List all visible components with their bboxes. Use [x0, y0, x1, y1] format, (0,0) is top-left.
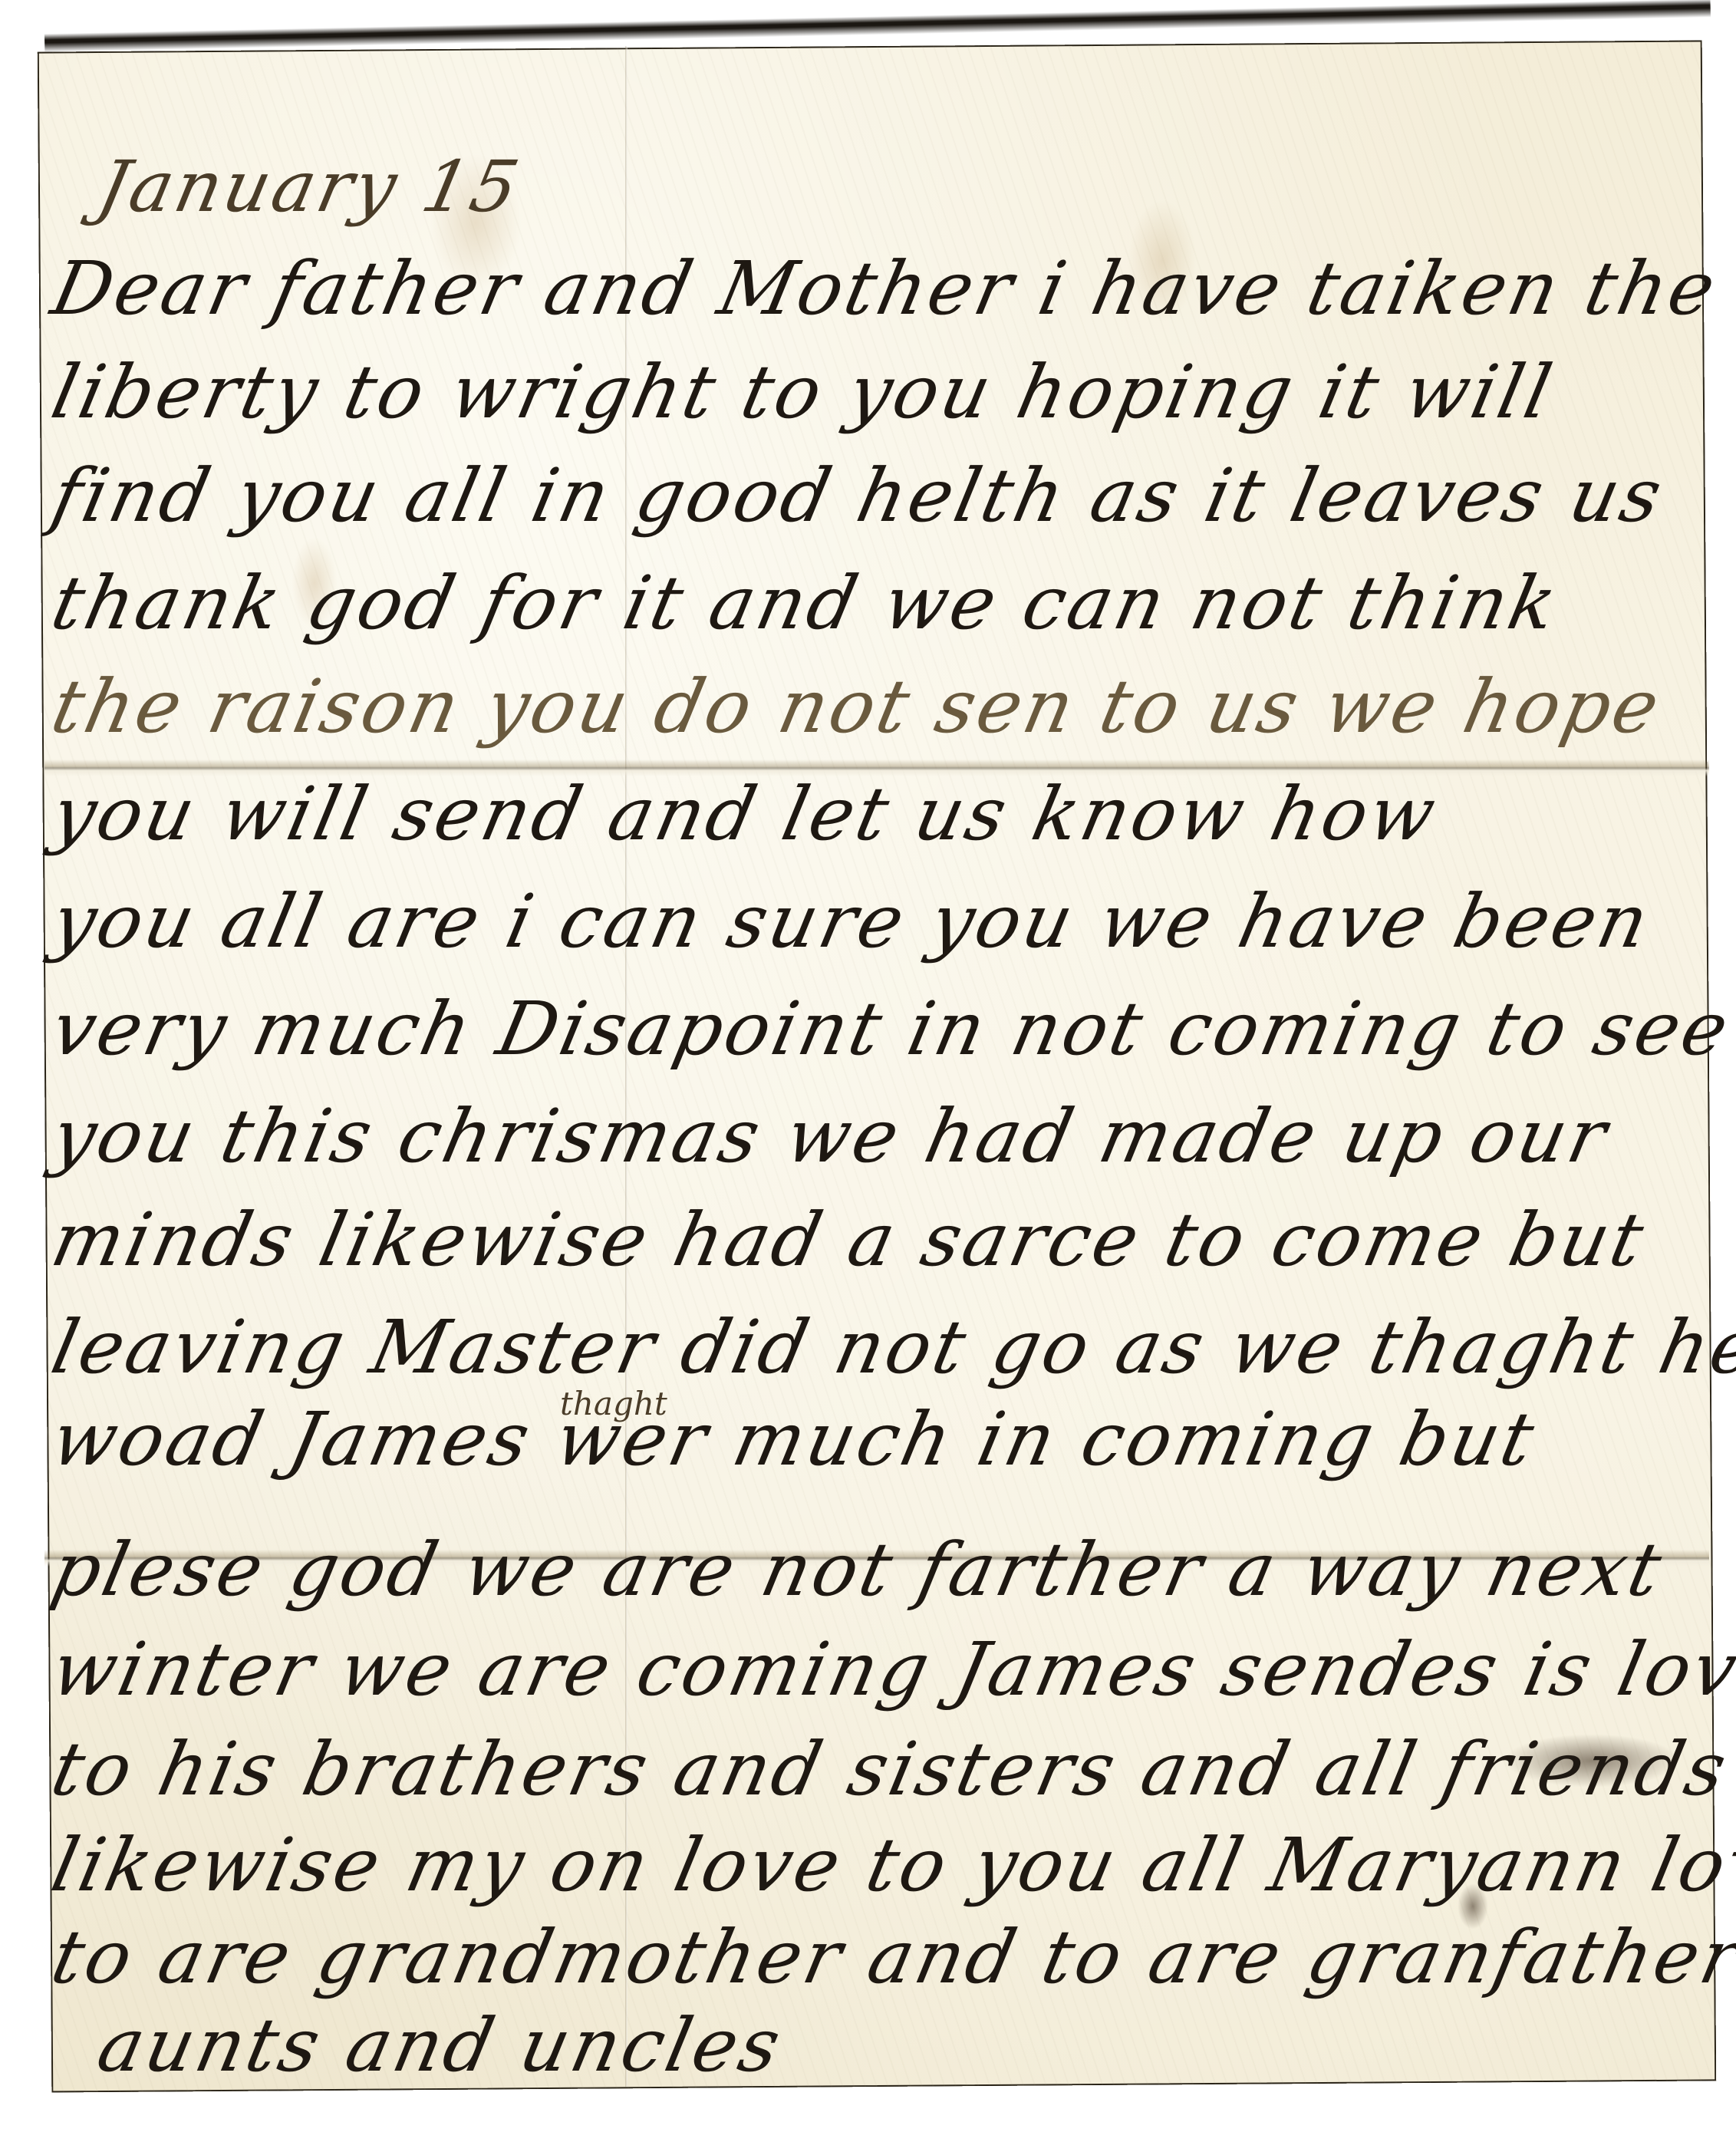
letter-line: minds likewise had a sarce to come but: [44, 1197, 1653, 1283]
letter-line: the raison you do not sen to us we hope: [44, 664, 1669, 750]
letter-line: find you all in good helth as it leaves …: [44, 453, 1672, 539]
letter-line: aunts and uncles: [91, 2002, 790, 2088]
letter-line: Dear father and Mother i have taiken the: [44, 245, 1725, 331]
letter-line: leaving Master did not go as we thaght h…: [44, 1304, 1736, 1390]
letter-line: winter we are coming James sendes is lov…: [44, 1626, 1736, 1712]
letter-line: to his brathers and sisters and all frie…: [44, 1726, 1736, 1812]
letter-line: you this chrismas we had made up our: [44, 1093, 1616, 1179]
letter-date: January 15: [91, 146, 529, 228]
letter-line: to are grandmother and to are granfather: [44, 1914, 1736, 2000]
letter-line: you will send and let us know how: [44, 771, 1445, 857]
letter-line: you all are i can sure you we have been: [44, 878, 1659, 964]
letter-line: thank god for it and we can not think: [44, 560, 1566, 646]
letter-line: very much Disapoint in not coming to see: [44, 986, 1736, 1072]
letter-line: likewise my on love to you all Maryann l…: [44, 1822, 1736, 1908]
letter-line: liberty to wright to you hoping it will: [44, 349, 1562, 435]
letter-line: woad James wer much in coming but: [44, 1396, 1544, 1482]
letter-line: plese god we are not farther a way next: [44, 1527, 1672, 1613]
